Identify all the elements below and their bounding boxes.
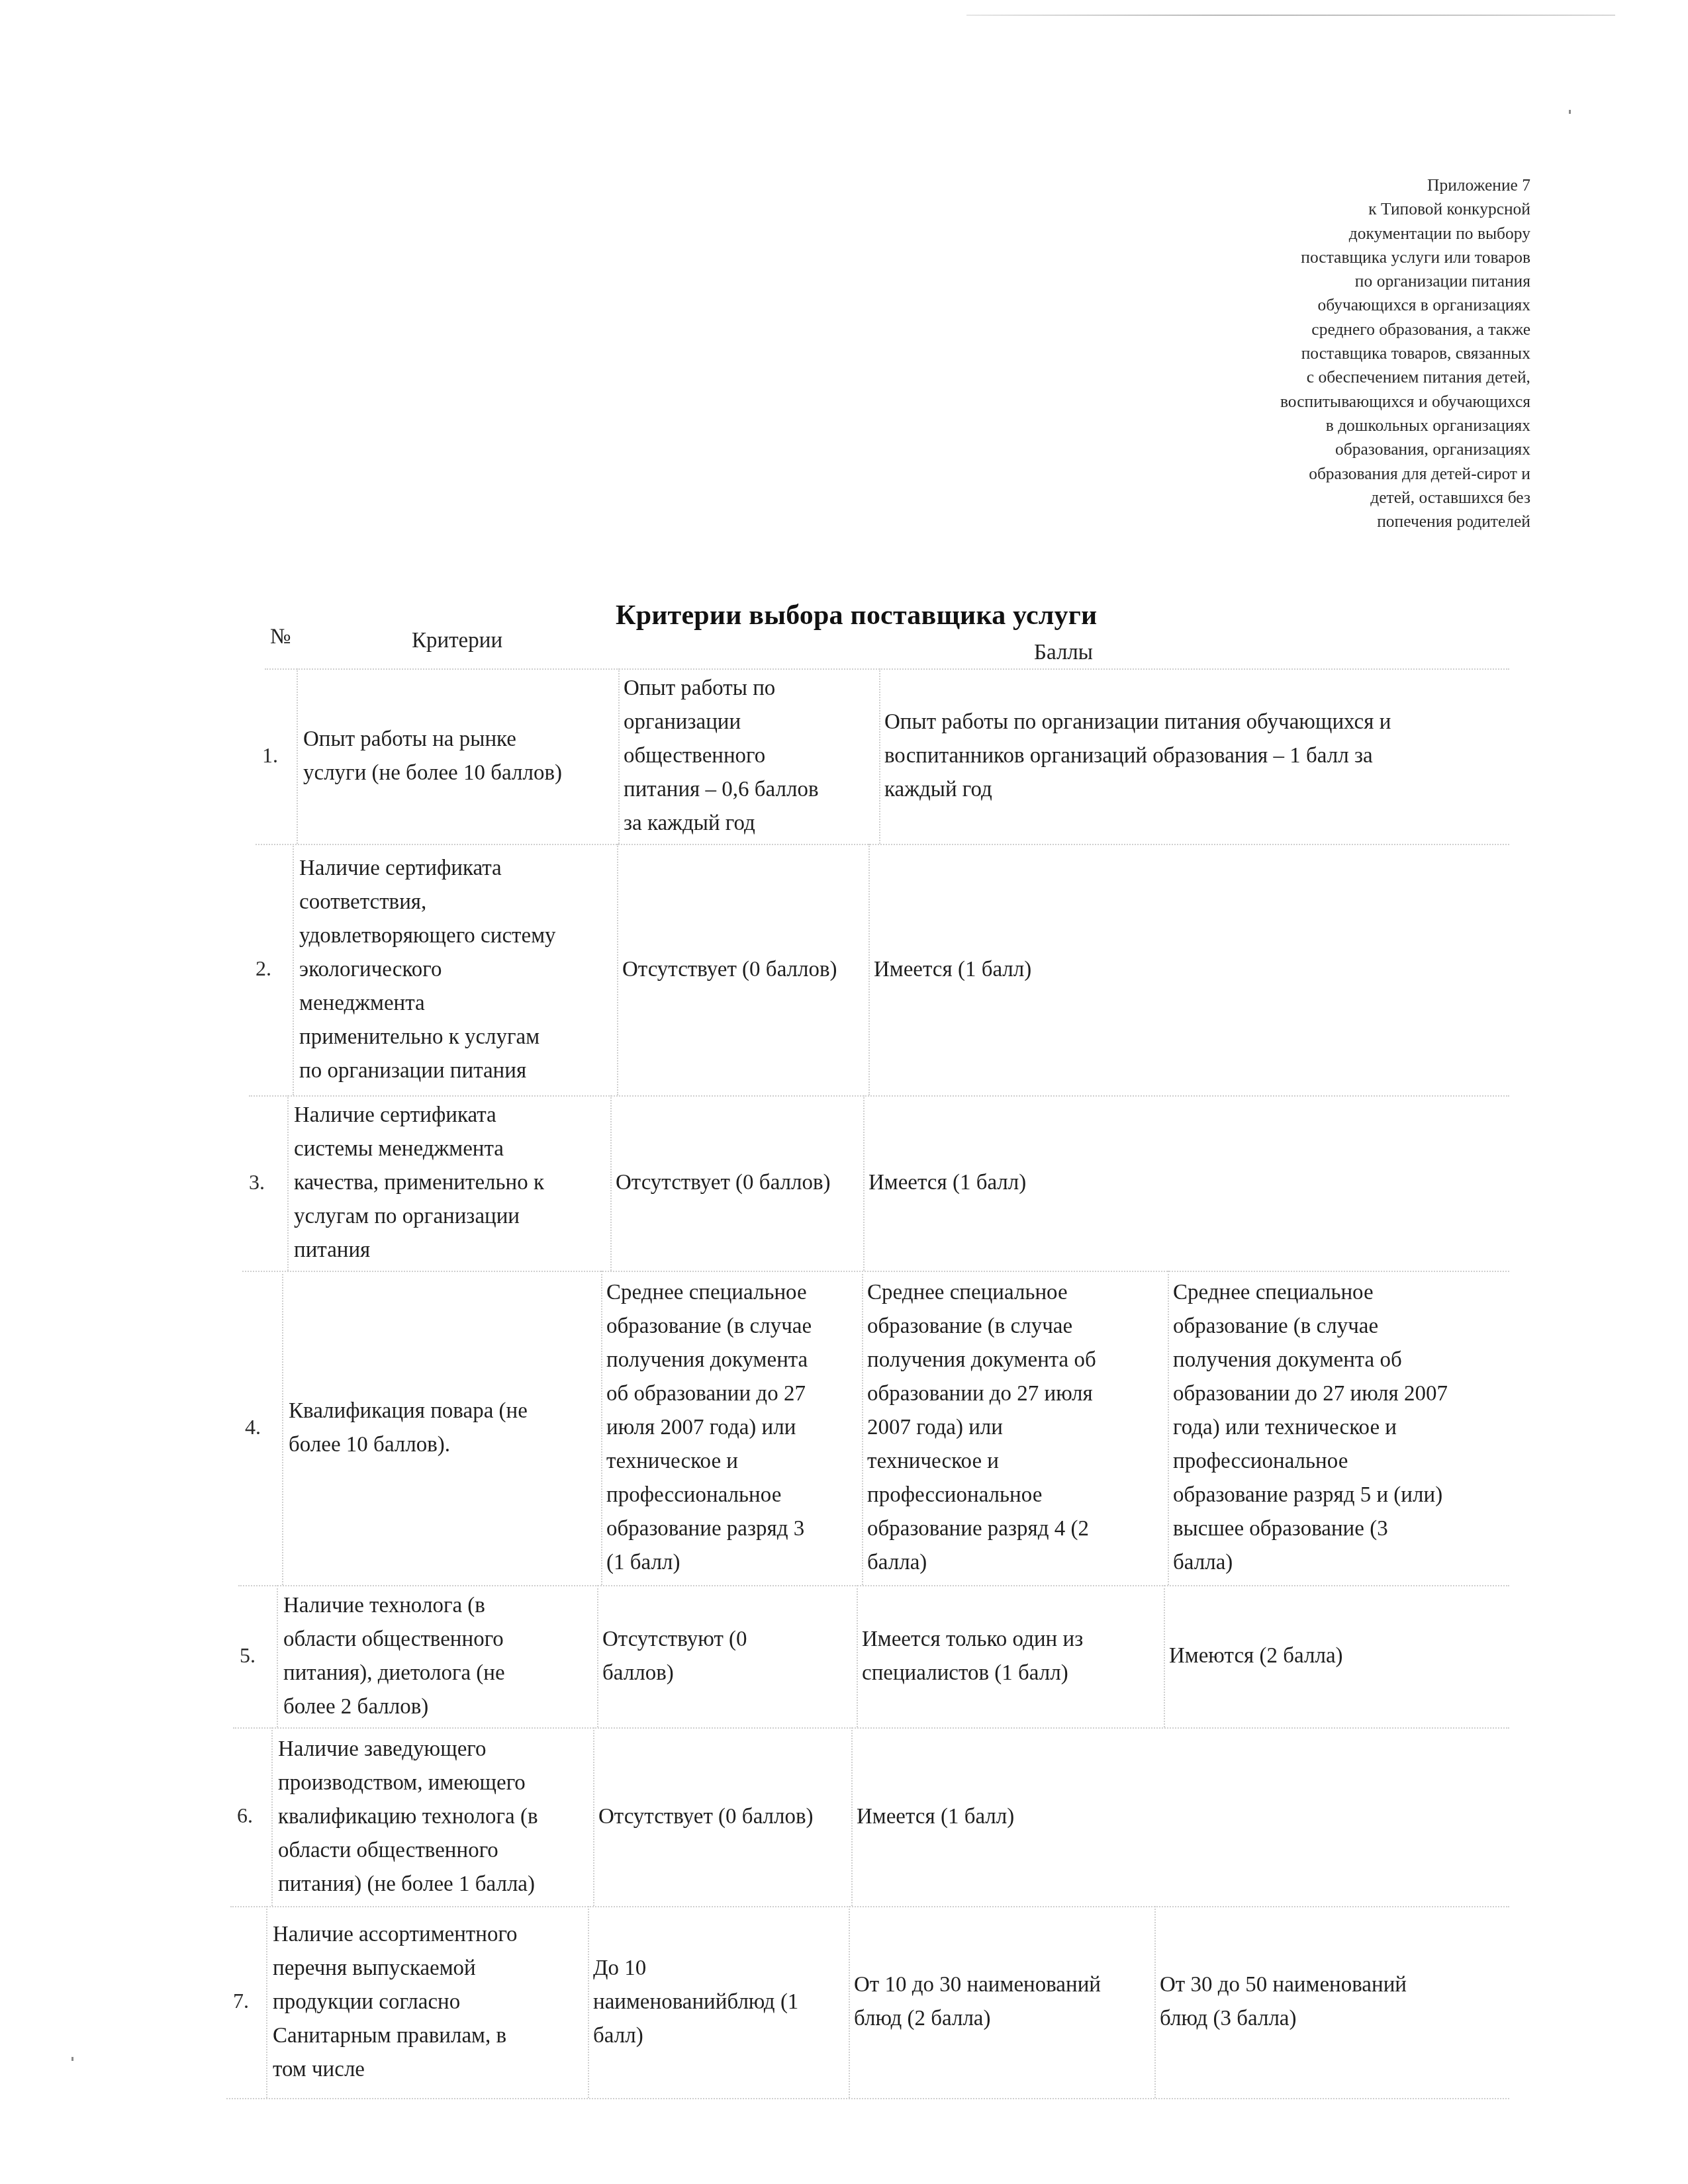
points-line: года) или техническое и [1173,1411,1516,1445]
points-line: каждый год [884,773,1403,807]
points-cell: Имеется только один изспециалистов (1 ба… [862,1585,1158,1727]
points-line: Отсутствует (0 баллов) [616,1166,867,1200]
points-line: балла) [1173,1546,1516,1580]
points-line: получения документа об [1173,1343,1516,1377]
points-line: профессиональное [1173,1445,1516,1479]
scan-speck [71,2057,73,2061]
column-divider [297,668,298,844]
points-line: Среднее специальное [867,1276,1166,1310]
criteria-line: Квалификация повара (не [289,1394,600,1428]
points-line: Имеется только один из [862,1623,1158,1657]
criteria-line: по организации питания [299,1054,616,1088]
criteria-cell: Наличие технолога (вобласти общественног… [283,1585,596,1727]
points-line: Опыт работы по организации питания обуча… [884,705,1403,739]
points-cell: Имеется (1 балл) [857,1727,1158,1906]
criteria-line: Наличие технолога (в [283,1589,596,1623]
appendix-line: детей, оставшихся без [1160,486,1530,510]
points-line: От 10 до 30 наименований [854,1968,1158,2002]
points-cell: До 10наименованийблюд (1балл) [593,1906,851,2098]
points-line: специалистов (1 балл) [862,1657,1158,1690]
points-line: блюд (2 балла) [854,2002,1158,2036]
points-line: блюд (3 балла) [1160,2002,1509,2036]
appendix-line: попечения родителей [1160,510,1530,533]
appendix-line: поставщика услуги или товаров [1160,246,1530,269]
criteria-cell: Наличие ассортиментногоперечня выпускаем… [273,1906,586,2098]
appendix-note: Приложение 7к Типовой конкурснойдокумент… [1160,173,1530,533]
criteria-cell: Опыт работы на рынкеуслуги (не более 10 … [303,668,617,844]
header-number: № [270,625,291,649]
points-line: образовании до 27 июля [867,1377,1166,1411]
row-number: 7. [233,1989,249,2013]
criteria-line: Санитарным правилам, в [273,2019,586,2053]
criteria-line: том числе [273,2053,586,2087]
points-cell: Среднее специальноеобразование (в случае… [1173,1271,1516,1585]
column-divider [610,1095,612,1271]
points-line: Имеется (1 балл) [868,1166,1403,1200]
points-line: баллов) [602,1657,858,1690]
points-line: общественного [624,739,874,773]
points-line: высшее образование (3 [1173,1512,1516,1546]
points-line: наименованийблюд (1 [593,1985,851,2019]
criteria-line: Наличие сертификата [294,1099,609,1132]
row-number: 6. [237,1803,253,1828]
points-cell: От 30 до 50 наименованийблюд (3 балла) [1160,1906,1509,2098]
points-line: получения документа [606,1343,863,1377]
points-line: Отсутствует (0 баллов) [622,953,872,987]
points-line: Имеются (2 балла) [1169,1639,1503,1673]
points-line: Среднее специальное [1173,1276,1516,1310]
points-cell: Отсутствует (0 баллов) [616,1095,867,1271]
column-divider [588,1906,589,2098]
criteria-line: системы менеджмента [294,1132,609,1166]
column-divider [618,668,620,844]
criteria-line: услуги (не более 10 баллов) [303,756,617,790]
row-number: 3. [249,1170,265,1195]
points-line: образование разряд 5 и (или) [1173,1479,1516,1512]
appendix-line: среднего образования, а также [1160,318,1530,341]
points-cell: Отсутствуют (0баллов) [602,1585,858,1727]
column-divider [879,668,880,844]
points-line: От 30 до 50 наименований [1160,1968,1509,2002]
column-divider [287,1095,289,1271]
points-cell: Имеется (1 балл) [874,844,1403,1095]
scan-artifact-line [966,15,1615,16]
appendix-line: образования, организациях [1160,437,1530,461]
appendix-line: в дошкольных организациях [1160,414,1530,437]
criteria-line: питания) (не более 1 балла) [278,1868,592,1901]
points-line: Отсутствует (0 баллов) [598,1800,855,1834]
column-divider [601,1271,602,1585]
criteria-line: менеджмента [299,987,616,1021]
criteria-line: области общественного [278,1834,592,1868]
points-line: образование (в случае [606,1310,863,1343]
appendix-line: Приложение 7 [1160,173,1530,197]
criteria-line: Наличие ассортиментного [273,1918,586,1952]
criteria-line: питания), диетолога (не [283,1657,596,1690]
points-line: воспитанников организаций образования – … [884,739,1403,773]
criteria-line: квалификацию технолога (в [278,1800,592,1834]
points-line: профессиональное [867,1479,1166,1512]
points-line: за каждый год [624,807,874,841]
row-divider [226,2098,1509,2099]
column-divider [617,844,618,1095]
points-line: июля 2007 года) или [606,1411,863,1445]
appendix-line: образования для детей-сирот и [1160,462,1530,486]
header-criteria: Критерии [412,629,502,653]
points-line: образование разряд 4 (2 [867,1512,1166,1546]
appendix-line: по организации питания [1160,269,1530,293]
criteria-cell: Наличие заведующегопроизводством, имеюще… [278,1727,592,1906]
points-line: образование (в случае [867,1310,1166,1343]
points-line: До 10 [593,1952,851,1985]
column-divider [293,844,294,1095]
appendix-line: поставщика товаров, связанных [1160,341,1530,365]
criteria-line: Опыт работы на рынке [303,723,617,756]
points-line: 2007 года) или [867,1411,1166,1445]
points-line: Среднее специальное [606,1276,863,1310]
column-divider [1168,1271,1169,1585]
appendix-line: документации по выбору [1160,222,1530,246]
criteria-cell: Наличие сертификатасистемы менеджментака… [294,1095,609,1271]
criteria-line: продукции согласно [273,1985,586,2019]
criteria-line: более 10 баллов). [289,1428,600,1462]
row-number: 2. [256,956,271,981]
criteria-line: Наличие сертификата [299,852,616,886]
criteria-line: соответствия, [299,886,616,919]
points-line: (1 балл) [606,1546,863,1580]
criteria-cell: Наличие сертификатасоответствия,удовлетв… [299,844,616,1095]
points-cell: Имеется (1 балл) [868,1095,1403,1271]
criteria-line: питания [294,1234,609,1267]
points-line: Опыт работы по [624,672,874,705]
criteria-line: области общественного [283,1623,596,1657]
criteria-line: экологического [299,953,616,987]
row-number: 5. [240,1643,256,1668]
row-number: 1. [262,743,278,768]
points-line: профессиональное [606,1479,863,1512]
column-divider [597,1585,598,1727]
points-cell: Отсутствует (0 баллов) [598,1727,855,1906]
points-line: Имеется (1 балл) [857,1800,1158,1834]
points-line: питания – 0,6 баллов [624,773,874,807]
points-line: балла) [867,1546,1166,1580]
points-cell: Среднее специальноеобразование (в случае… [606,1271,863,1585]
column-divider [277,1585,278,1727]
points-line: Имеется (1 балл) [874,953,1403,987]
column-divider [266,1906,267,2098]
criteria-line: услугам по организации [294,1200,609,1234]
row-number: 4. [245,1415,261,1439]
points-cell: Опыт работы поорганизацииобщественногопи… [624,668,874,844]
points-cell: Отсутствует (0 баллов) [622,844,872,1095]
column-divider [593,1727,594,1906]
points-cell: Среднее специальноеобразование (в случае… [867,1271,1166,1585]
points-line: получения документа об [867,1343,1166,1377]
scan-speck [1569,110,1571,114]
column-divider [282,1271,283,1585]
points-line: техническое и [606,1445,863,1479]
points-cell: Имеются (2 балла) [1169,1585,1503,1727]
points-line: об образовании до 27 [606,1377,863,1411]
points-line: балл) [593,2019,851,2053]
appendix-line: к Типовой конкурсной [1160,197,1530,221]
criteria-cell: Квалификация повара (неболее 10 баллов). [289,1271,600,1585]
points-line: образование разряд 3 [606,1512,863,1546]
column-divider [271,1727,273,1906]
document-title: Критерии выбора поставщика услуги [616,600,1098,631]
header-points: Баллы [1034,641,1093,665]
criteria-line: Наличие заведующего [278,1733,592,1766]
points-line: Отсутствуют (0 [602,1623,858,1657]
criteria-line: перечня выпускаемой [273,1952,586,1985]
appendix-line: с обеспечением питания детей, [1160,365,1530,389]
points-cell: От 10 до 30 наименованийблюд (2 балла) [854,1906,1158,2098]
column-divider [1164,1585,1165,1727]
appendix-line: воспитывающихся и обучающихся [1160,390,1530,414]
criteria-line: качества, применительно к [294,1166,609,1200]
points-line: образовании до 27 июля 2007 [1173,1377,1516,1411]
points-line: техническое и [867,1445,1166,1479]
criteria-line: производством, имеющего [278,1766,592,1800]
criteria-line: удовлетворяющего систему [299,919,616,953]
criteria-line: применительно к услугам [299,1021,616,1054]
appendix-line: обучающихся в организациях [1160,293,1530,317]
points-cell: Опыт работы по организации питания обуча… [884,668,1403,844]
points-line: организации [624,705,874,739]
criteria-line: более 2 баллов) [283,1690,596,1724]
points-line: образование (в случае [1173,1310,1516,1343]
